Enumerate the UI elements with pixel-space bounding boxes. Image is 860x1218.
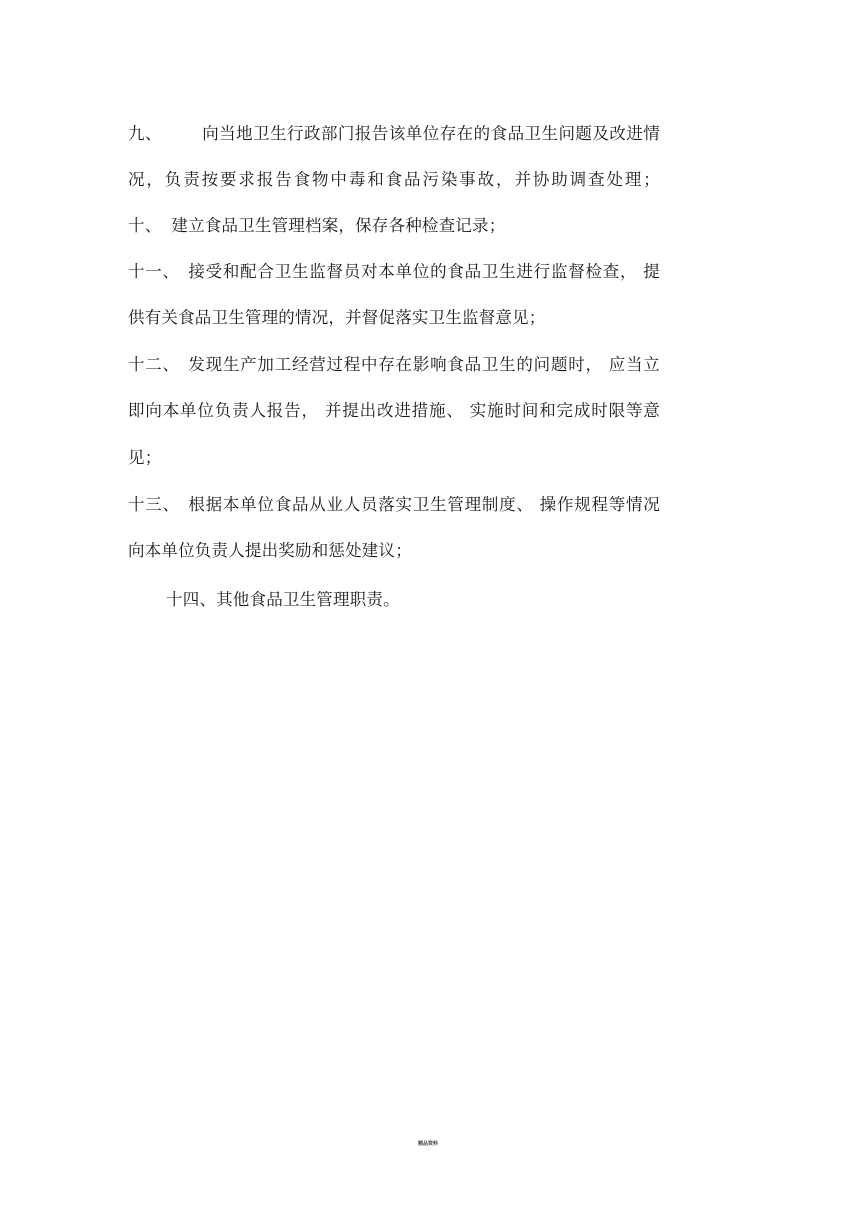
paragraph-11-line-1: 十一、接受和配合卫生监督员对本单位的食品卫生进行监督检查， 提 [128,261,660,283]
paragraph-9-line-1: 九、向当地卫生行政部门报告该单位存在的食品卫生问题及改进情 [128,123,660,145]
item-number: 十二、 [128,355,180,374]
item-number: 十三、 [128,495,180,514]
paragraph-12-line-2: 即向本单位负责人报告， 并提出改进措施、 实施时间和完成时限等意 [128,400,660,422]
item-number: 十一、 [128,262,180,281]
item-number: 十、 [128,216,161,235]
paragraph-text: 况，负责按要求报告食物中毒和食品污染事故，并协助调查处理； [128,170,660,189]
paragraph-13-line-2: 向本单位负责人提出奖励和惩处建议； [128,540,660,562]
paragraph-text: 见； [128,448,161,467]
item-number: 九、 [128,124,162,143]
document-page: 九、向当地卫生行政部门报告该单位存在的食品卫生问题及改进情 况，负责按要求报告食… [0,0,860,1218]
paragraph-text: 十四、其他食品卫生管理职责。 [166,590,400,609]
paragraph-10: 十、建立食品卫生管理档案，保存各种检查记录； [128,215,660,237]
paragraph-9-line-2: 况，负责按要求报告食物中毒和食品污染事故，并协助调查处理； [128,169,660,191]
paragraph-text: 接受和配合卫生监督员对本单位的食品卫生进行监督检查， 提 [188,262,660,281]
page-footer-watermark: 精品资料 [418,1141,438,1147]
paragraph-text: 向当地卫生行政部门报告该单位存在的食品卫生问题及改进情 [202,124,660,143]
paragraph-11-line-2: 供有关食品卫生管理的情况，并督促落实卫生监督意见； [128,307,660,329]
paragraph-12-line-3: 见； [128,447,660,469]
paragraph-text: 发现生产加工经营过程中存在影响食品卫生的问题时， 应当立 [188,355,660,374]
paragraph-text: 即向本单位负责人报告， 并提出改进措施、 实施时间和完成时限等意 [128,401,660,420]
paragraph-text: 根据本单位食品从业人员落实卫生管理制度、 操作规程等情况 [188,495,660,514]
paragraph-text: 供有关食品卫生管理的情况，并督促落实卫生监督意见； [128,308,546,327]
paragraph-text: 向本单位负责人提出奖励和惩处建议； [128,541,412,560]
paragraph-text: 建立食品卫生管理档案，保存各种检查记录； [171,216,505,235]
paragraph-13-line-1: 十三、根据本单位食品从业人员落实卫生管理制度、 操作规程等情况 [128,494,660,516]
paragraph-14: 十四、其他食品卫生管理职责。 [166,589,698,611]
paragraph-12-line-1: 十二、发现生产加工经营过程中存在影响食品卫生的问题时， 应当立 [128,354,660,376]
